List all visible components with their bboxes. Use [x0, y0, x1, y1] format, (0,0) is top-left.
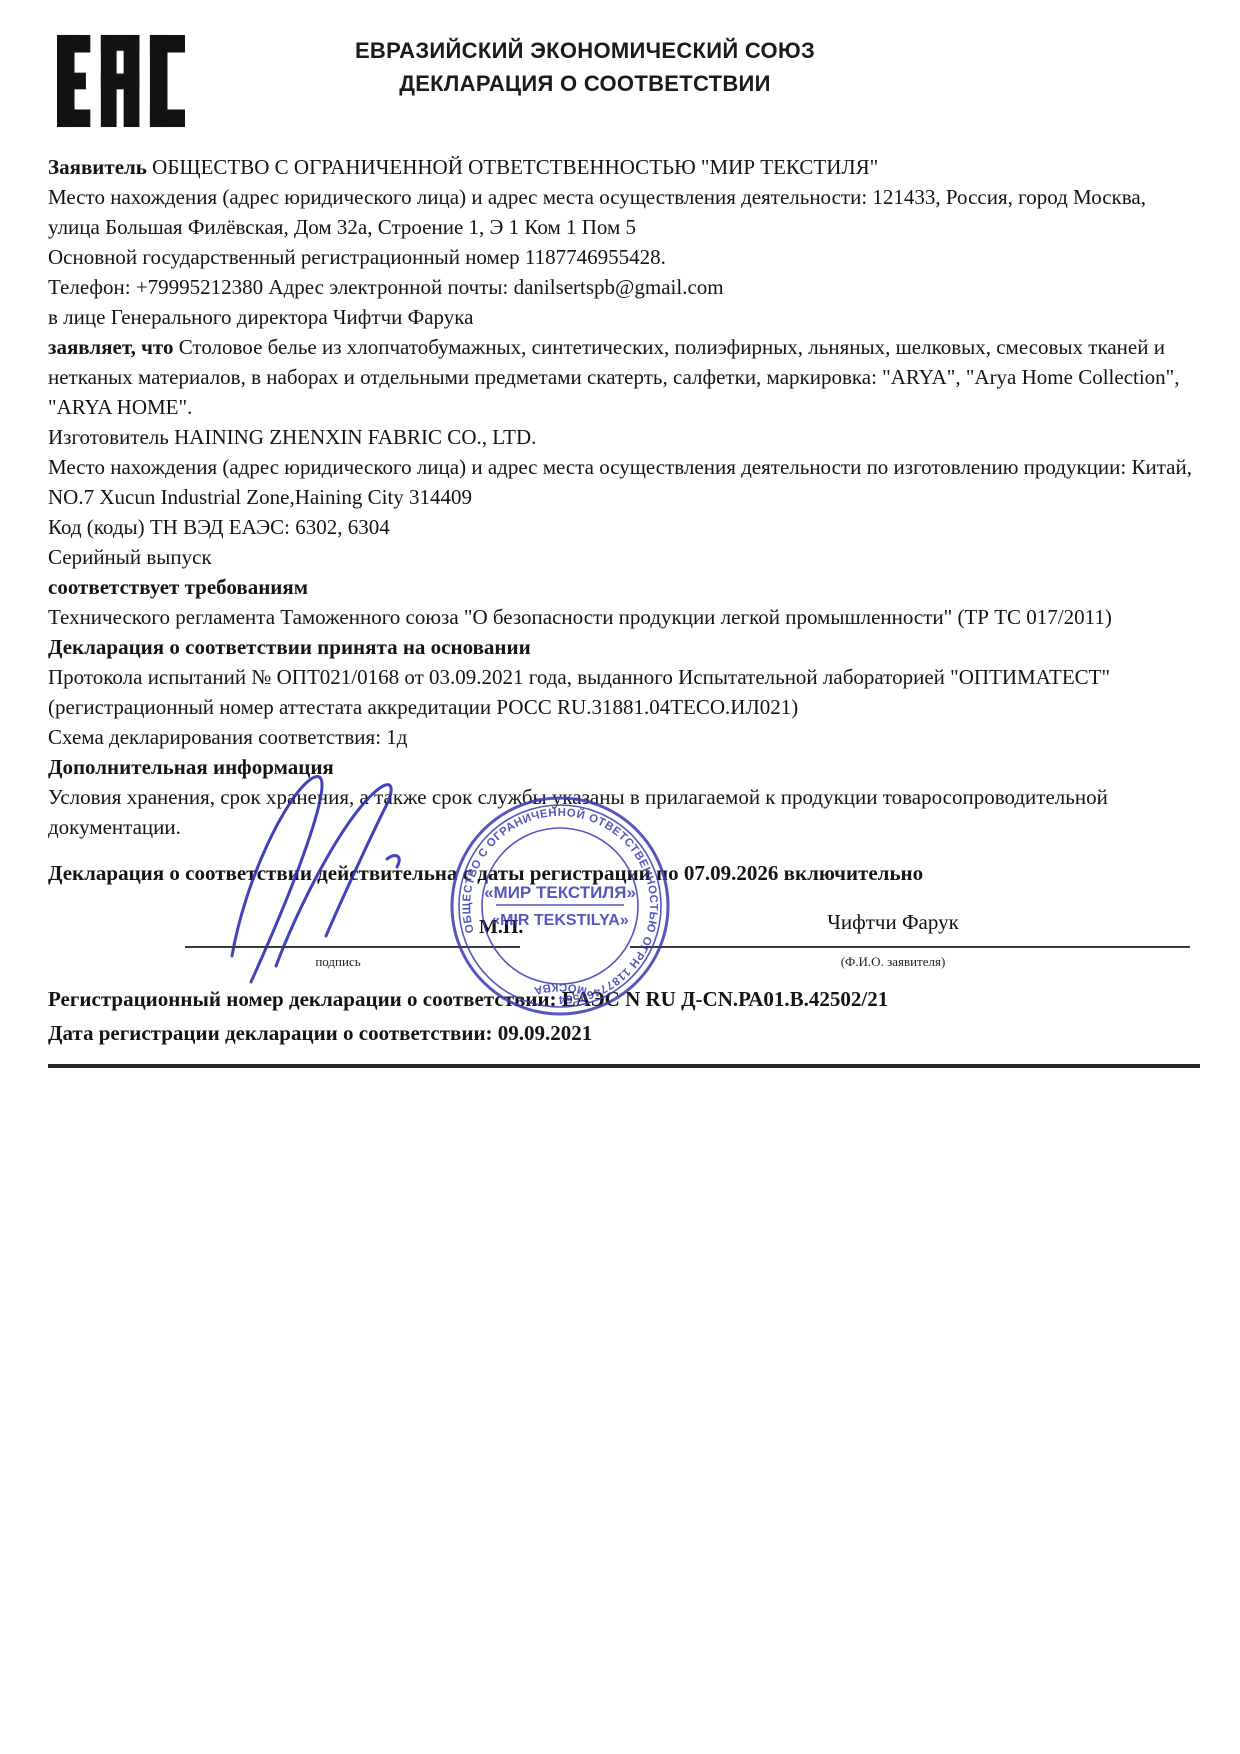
document-title-line2: ДЕКЛАРАЦИЯ О СООТВЕТСТВИИ: [0, 67, 1170, 100]
paragraph-text: Схема декларирования соответствия: 1д: [48, 725, 407, 749]
paragraph-text: Изготовитель HAINING ZHENXIN FABRIC CO.,…: [48, 425, 536, 449]
body-paragraph: Протокола испытаний № ОПТ021/0168 от 03.…: [48, 662, 1195, 722]
paragraph-text: Место нахождения (адрес юридического лиц…: [48, 185, 1146, 239]
paragraph-text: Телефон: +79995212380 Адрес электронной …: [48, 275, 724, 299]
body-paragraph: Код (коды) ТН ВЭД ЕАЭС: 6302, 6304: [48, 512, 1195, 542]
body-paragraphs: Заявитель ОБЩЕСТВО С ОГРАНИЧЕННОЙ ОТВЕТС…: [48, 152, 1195, 842]
paragraph-text: Основной государственный регистрационный…: [48, 245, 666, 269]
body-paragraph: Серийный выпуск: [48, 542, 1195, 572]
fio-caption: (Ф.И.О. заявителя): [738, 954, 1048, 970]
body-paragraph: Место нахождения (адрес юридического лиц…: [48, 182, 1195, 242]
paragraph-text: Технического регламента Таможенного союз…: [48, 605, 1112, 629]
paragraph-bold-label: Заявитель: [48, 155, 152, 179]
paragraph-bold-label: заявляет, что: [48, 335, 179, 359]
body-paragraph: Изготовитель HAINING ZHENXIN FABRIC CO.,…: [48, 422, 1195, 452]
paragraph-text: Протокола испытаний № ОПТ021/0168 от 03.…: [48, 665, 1110, 719]
stamp-inner-line1: «МИР ТЕКСТИЛЯ»: [484, 883, 636, 902]
body-paragraph: Декларация о соответствии принята на осн…: [48, 632, 1195, 662]
name-line: [630, 946, 1190, 948]
document-title-line1: ЕВРАЗИЙСКИЙ ЭКОНОМИЧЕСКИЙ СОЮЗ: [0, 34, 1170, 67]
document-body: Заявитель ОБЩЕСТВО С ОГРАНИЧЕННОЙ ОТВЕТС…: [48, 152, 1195, 1076]
body-paragraph: Основной государственный регистрационный…: [48, 242, 1195, 272]
body-paragraph: Схема декларирования соответствия: 1д: [48, 722, 1195, 752]
stamp-inner-line2: «MIR TEKSTILYA»: [491, 912, 629, 929]
body-paragraph: заявляет, что Столовое белье из хлопчато…: [48, 332, 1195, 422]
document-header: ЕВРАЗИЙСКИЙ ЭКОНОМИЧЕСКИЙ СОЮЗ ДЕКЛАРАЦИ…: [0, 34, 1170, 100]
signature-caption: подпись: [278, 954, 398, 970]
registration-date-line: Дата регистрации декларации о соответств…: [48, 1018, 1195, 1048]
applicant-name: Чифтчи Фарук: [738, 910, 1048, 935]
body-paragraph: Заявитель ОБЩЕСТВО С ОГРАНИЧЕННОЙ ОТВЕТС…: [48, 152, 1195, 182]
body-paragraph: Место нахождения (адрес юридического лиц…: [48, 452, 1195, 512]
declaration-document: ЕВРАЗИЙСКИЙ ЭКОНОМИЧЕСКИЙ СОЮЗ ДЕКЛАРАЦИ…: [0, 0, 1240, 1754]
body-paragraph: соответствует требованиям: [48, 572, 1195, 602]
paragraph-text: Код (коды) ТН ВЭД ЕАЭС: 6302, 6304: [48, 515, 390, 539]
paragraph-bold-label: соответствует требованиям: [48, 575, 308, 599]
paragraph-text: Столовое белье из хлопчатобумажных, синт…: [48, 335, 1180, 419]
paragraph-text: Место нахождения (адрес юридического лиц…: [48, 455, 1192, 509]
body-paragraph: Технического регламента Таможенного союз…: [48, 602, 1195, 632]
signature-block: подпись Чифтчи Фарук (Ф.И.О. заявителя) …: [48, 894, 1195, 972]
body-paragraph: в лице Генерального директора Чифтчи Фар…: [48, 302, 1195, 332]
body-paragraph: Телефон: +79995212380 Адрес электронной …: [48, 272, 1195, 302]
bottom-divider: [48, 1064, 1200, 1068]
company-stamp: ОБЩЕСТВО С ОГРАНИЧЕННОЙ ОТВЕТСТВЕННОСТЬЮ…: [448, 794, 672, 1018]
paragraph-bold-label: Декларация о соответствии принята на осн…: [48, 635, 531, 659]
paragraph-text: ОБЩЕСТВО С ОГРАНИЧЕННОЙ ОТВЕТСТВЕННОСТЬЮ…: [152, 155, 878, 179]
paragraph-text: в лице Генерального директора Чифтчи Фар…: [48, 305, 473, 329]
paragraph-text: Серийный выпуск: [48, 545, 212, 569]
